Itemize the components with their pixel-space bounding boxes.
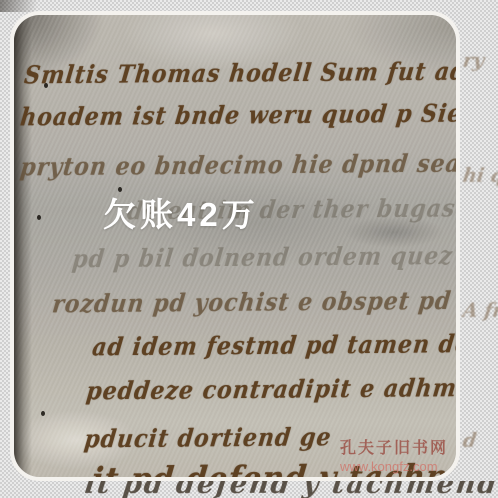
faded-script-fragment: d xyxy=(461,430,477,452)
parchment-hole xyxy=(41,411,45,416)
faded-photo-bottom-strip: it pd defend y tachmend dood stt mw iwl … xyxy=(0,481,498,498)
faded-photo-right-strip: ry hi q A fm d xyxy=(461,0,498,498)
manuscript-photo[interactable]: Smltis Thomas hodell Sum fut ad respond … xyxy=(10,11,460,481)
image-canvas: ry hi q A fm d it pd defend y tachmend d… xyxy=(0,0,498,498)
manuscript-line: pd p bil dolnend ordem quez ad sistu a e… xyxy=(71,239,460,274)
manuscript-line: ad idem festmd pd tamen defends lict sep… xyxy=(91,327,460,362)
faded-script-fragment: hi q xyxy=(461,165,498,187)
manuscript-line: pducit dortiend ge xyxy=(83,423,333,454)
caption-text-overlay: 欠账42万 xyxy=(103,189,259,236)
faded-script-fragment: A fm xyxy=(461,300,498,322)
kongfz-watermark: 孔夫子旧书网 www.kongfz.com xyxy=(340,435,452,474)
manuscript-line: rozdun pd yochist e obspet pd idem des p… xyxy=(51,284,460,319)
manuscript-line: peddeze contradipit e adhm contradic dnd… xyxy=(85,371,460,406)
parchment-hole xyxy=(37,215,41,220)
faded-script-line: it pd defend y tachmend dood stt mw iwl … xyxy=(83,481,498,498)
manuscript-line: Smltis Thomas hodell Sum fut ad respond … xyxy=(23,54,460,90)
watermark-site-name: 孔夫子旧书网 xyxy=(340,435,452,458)
faded-script-fragment: ry xyxy=(461,50,485,72)
manuscript-line: pryton eo bndecimo hie dpnd seasbiend m … xyxy=(19,146,460,182)
watermark-site-url: www.kongfz.com xyxy=(340,459,452,474)
